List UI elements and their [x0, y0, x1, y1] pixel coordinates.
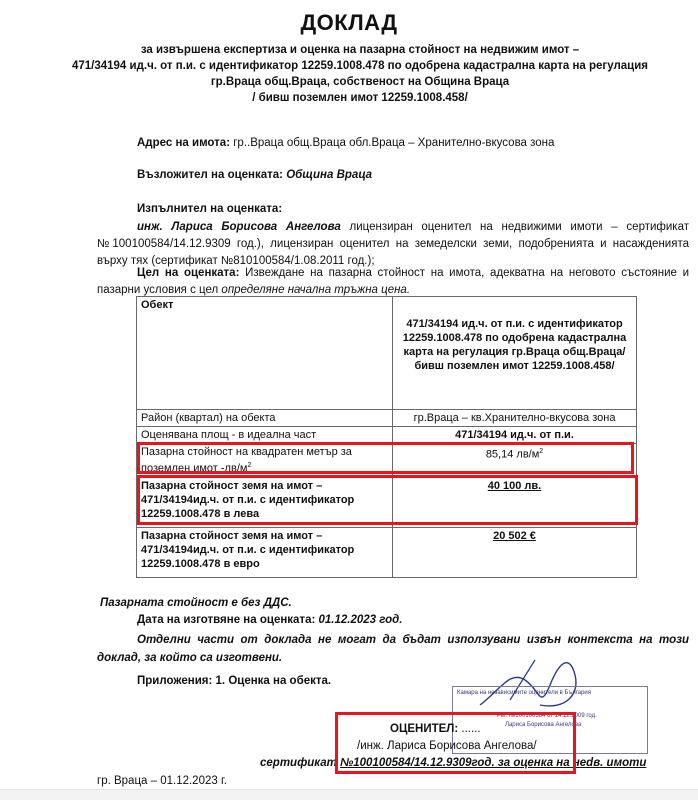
table-cell-value: 85,14 лв/м2 [393, 444, 637, 478]
stamp-line: Камара на независимите оценители в Бълга… [457, 689, 643, 698]
subtitle-line: 471/34194 ид.ч. от п.и. с идентификатор … [60, 58, 660, 74]
price-per-sqm-label: Пазарна стойност на квадратен метър за п… [141, 446, 352, 475]
table-cell-value: 471/34194 ид.ч. от п.и. с идентификатор … [393, 297, 637, 410]
disclaimer-text: Отделни части от доклада не могат да бъд… [97, 634, 689, 664]
certificate-line: сертификат №100100584/14.12.9309год. за … [260, 757, 646, 769]
document-subtitle: за извършена експертиза и оценка на паза… [60, 42, 660, 106]
subtitle-line: гр.Враца общ.Враца, собственост на Общин… [60, 74, 660, 90]
appraiser-label: ОЦЕНИТЕЛ: [390, 723, 461, 735]
subtitle-line: / бивш поземлен имот 12259.1008.458/ [60, 90, 660, 106]
stamp-line: Лариса Борисова Ангелова [457, 721, 643, 730]
attachments: Приложения: 1. Оценка на обекта. [137, 675, 331, 687]
value-eur: 20 502 € [493, 530, 536, 542]
valuation-table: Обект 471/34194 ид.ч. от п.и. с идентифи… [136, 296, 637, 578]
table-cell-label: Пазарна стойност земя на имот – 471/3419… [137, 527, 393, 577]
assignor-label: Възложител на оценката: [137, 169, 283, 181]
table-row: Обект 471/34194 ид.ч. от п.и. с идентифи… [137, 297, 637, 410]
price-per-sqm-value: 85,14 лв/м [486, 449, 539, 461]
address-label: Адрес на имота: [137, 137, 230, 149]
value-bgn: 40 100 лв. [488, 480, 542, 492]
subtitle-line: за извършена експертиза и оценка на паза… [60, 42, 660, 58]
appraiser-line: ОЦЕНИТЕЛ: ...... [390, 723, 481, 735]
disclaimer: Отделни части от доклада не могат да бъд… [97, 631, 689, 667]
certificate-value: №100100584/14.12.9309год. за оценка на н… [340, 757, 646, 769]
page-bottom-edge [0, 789, 698, 800]
table-row: Пазарна стойност земя на имот – 471/3419… [137, 477, 637, 527]
table-cell-label: Обект [137, 297, 393, 410]
date-label: Дата на изготвяне на оценката: [137, 614, 318, 626]
table-row: Пазарна стойност земя на имот – 471/3419… [137, 527, 637, 577]
executor-label: Изпълнител на оценката: [137, 203, 282, 215]
purpose-goal: определяне начална тръжна цена. [221, 284, 410, 296]
date-value: 01.12.2023 год. [318, 614, 402, 626]
table-cell-label: Пазарна стойност земя на имот – 471/3419… [137, 477, 393, 527]
date-line: Дата на изготвяне на оценката: 01.12.202… [137, 614, 402, 626]
place-date: гр. Враца – 01.12.2023 г. [97, 775, 227, 787]
table-cell-value: 40 100 лв. [393, 477, 637, 527]
table-row: Пазарна стойност на квадратен метър за п… [137, 444, 637, 478]
document-page: ДОКЛАД за извършена експертиза и оценка … [0, 0, 698, 800]
assignor-value: Община Враца [283, 169, 372, 181]
executor-paragraph: инж. Лариса Борисова Ангелова лицензиран… [97, 219, 689, 270]
table-row: Оценявана площ - в идеална част 471/3419… [137, 427, 637, 444]
table-cell-label: Оценявана площ - в идеална част [137, 427, 393, 444]
table-cell-label: Пазарна стойност на квадратен метър за п… [137, 444, 393, 478]
superscript: 2 [539, 448, 543, 455]
table-cell-value: гр.Враца – кв.Хранително-вкусова зона [393, 410, 637, 427]
appraiser-dots: ...... [461, 723, 480, 735]
purpose-paragraph: Цел на оценката: Извеждане на пазарна ст… [97, 265, 689, 299]
executor-name: инж. Лариса Борисова Ангелова [137, 221, 341, 233]
superscript: 2 [247, 462, 251, 469]
assignor-line: Възложител на оценката: Община Враца [137, 169, 372, 181]
address-line: Адрес на имота: гр..Враца общ.Враца обл.… [137, 137, 554, 149]
table-row: Район (квартал) на обекта гр.Враца – кв.… [137, 410, 637, 427]
vat-note: Пазарната стойност е без ДДС. [100, 597, 292, 609]
table-cell-value: 471/34194 ид.ч. от п.и. [393, 427, 637, 444]
appraiser-name: /инж. Лариса Борисова Ангелова/ [357, 740, 537, 752]
certificate-label: сертификат [260, 757, 340, 769]
document-title: ДОКЛАД [0, 10, 698, 36]
stamp-line: Рег. №100100584 от 14.12.2009 год. [457, 712, 643, 721]
table-cell-value: 20 502 € [393, 527, 637, 577]
purpose-label: Цел на оценката: [137, 267, 239, 279]
address-value: гр..Враца общ.Враца обл.Враца – Хранител… [230, 137, 554, 149]
table-cell-label: Район (квартал) на обекта [137, 410, 393, 427]
